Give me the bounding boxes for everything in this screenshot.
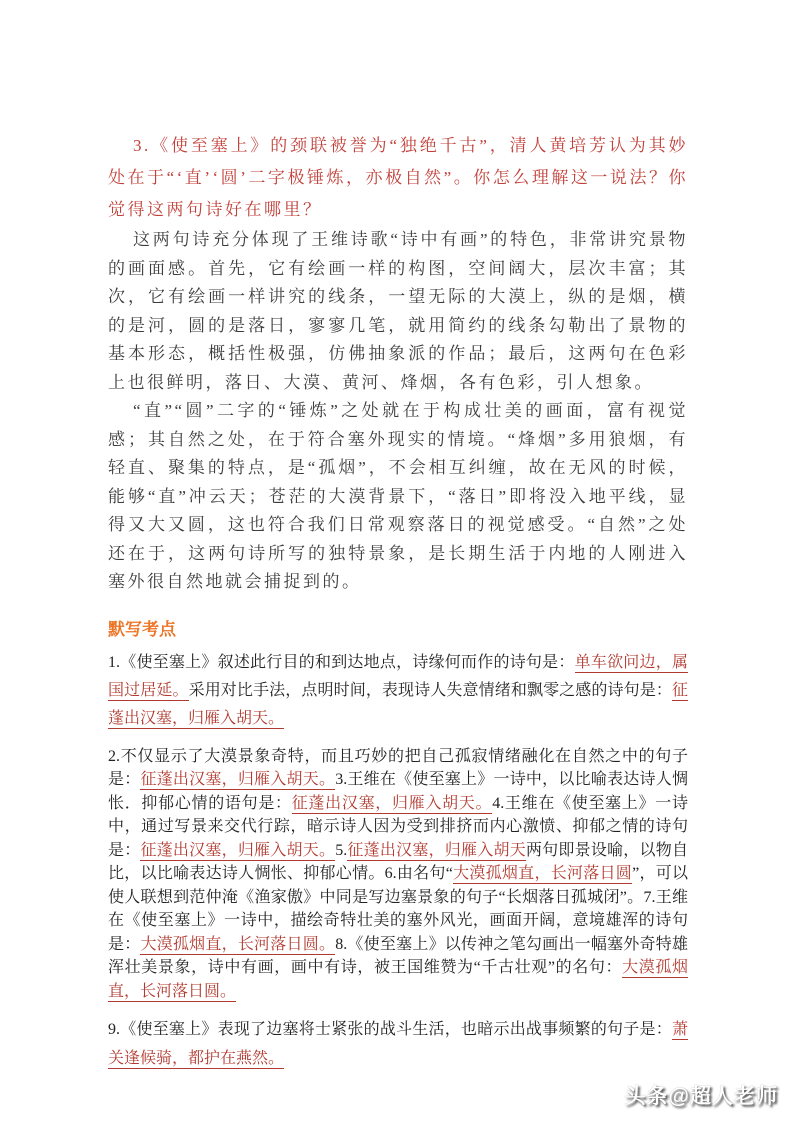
dictation-item-1: 1.《使至塞上》叙述此行目的和到达地点，诗缘何而作的诗句是：单车欲问边，属国过居… <box>108 649 688 733</box>
dictation-item-9: 9.《使至塞上》表现了边塞将士紧张的战斗生活，也暗示出战事频繁的句子是：萧关逢候… <box>108 1015 688 1073</box>
item-text-segment: 采用对比手法，点明时间，表现诗人失意情绪和飘零之感的诗句是： <box>189 682 672 699</box>
answer-text: 大漠孤烟直，长河落日圆。 <box>140 936 335 955</box>
answer-text: 征蓬出汉塞，归雁入胡天 <box>347 842 526 861</box>
analysis-paragraph-2: “直”“圆”二字的“锤炼”之处就在于构成壮美的画面，富有视觉感；其自然之处，在于… <box>108 397 688 597</box>
answer-text: 大漠孤烟直，长河落日圆 <box>453 865 632 884</box>
document-page: 3.《使至塞上》的颈联被誉为“独绝千古”，清人黄培芳认为其妙处在于“‘直’‘圆’… <box>0 0 794 1123</box>
item-text-segment: 5. <box>335 842 347 859</box>
analysis-paragraph-1: 这两句诗充分体现了王维诗歌“诗中有画”的特色，非常讲究景物的画面感。首先，它有绘… <box>108 226 688 397</box>
document-content: 3.《使至塞上》的颈联被誉为“独绝千古”，清人黄培芳认为其妙处在于“‘直’‘圆’… <box>108 130 688 1073</box>
answer-text: 征蓬出汉塞，归雁入胡天。 <box>292 795 492 814</box>
item-text-segment: 1.《使至塞上》叙述此行目的和到达地点，诗缘何而作的诗句是： <box>108 654 575 671</box>
dictation-section-heading: 默写考点 <box>108 619 688 641</box>
question-3-paragraph: 3.《使至塞上》的颈联被誉为“独绝千古”，清人黄培芳认为其妙处在于“‘直’‘圆’… <box>108 130 688 226</box>
answer-text: 征蓬出汉塞，归雁入胡天。 <box>140 842 335 861</box>
item-text-segment: 9.《使至塞上》表现了边塞将士紧张的战斗生活，也暗示出战事频繁的句子是： <box>108 1021 672 1038</box>
dictation-items-2-to-8: 2.不仅显示了大漠景象奇特，而且巧妙的把自己孤寂情绪融化在自然之中的句子是：征蓬… <box>108 745 688 1004</box>
answer-text: 征蓬出汉塞，归雁入胡天。 <box>140 771 335 790</box>
toutiao-author-watermark: 头条@超人老师 <box>625 1080 778 1110</box>
